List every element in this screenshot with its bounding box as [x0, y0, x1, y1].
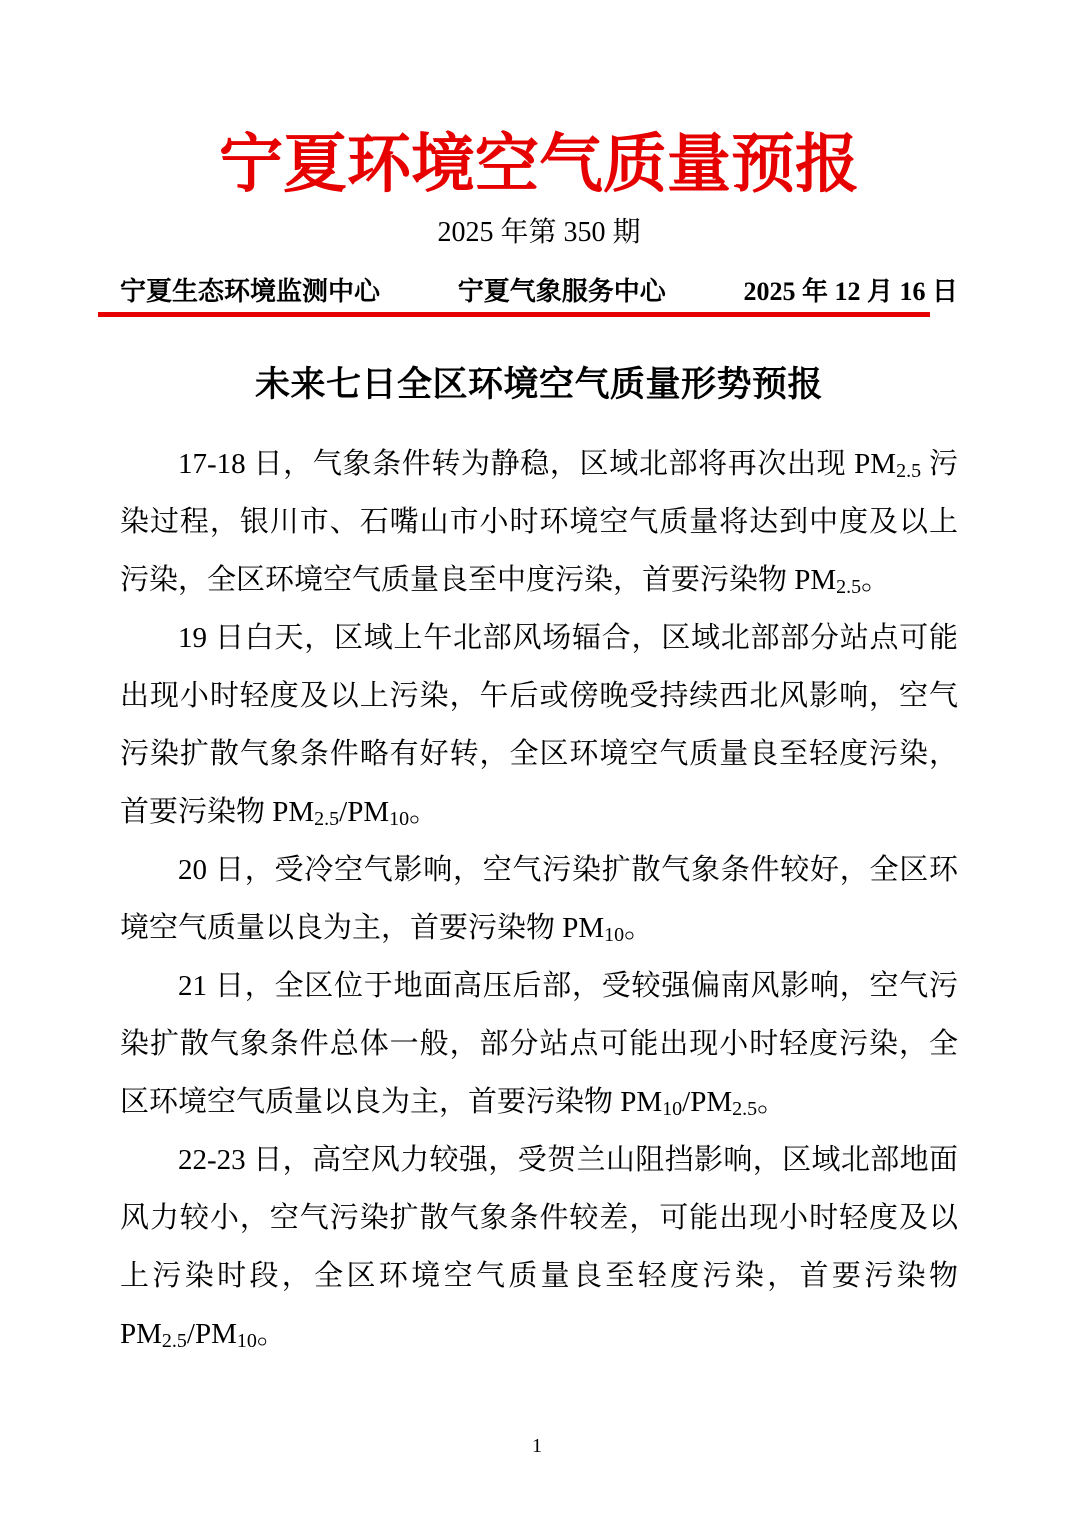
masthead-title: 宁夏环境空气质量预报 — [120, 128, 958, 202]
document-page: 宁夏环境空气质量预报 2025 年第 350 期 宁夏生态环境监测中心 宁夏气象… — [0, 0, 1074, 1520]
red-divider — [98, 312, 930, 317]
issue-number: 2025 年第 350 期 — [120, 218, 958, 248]
issuer-org-left: 宁夏生态环境监测中心 — [120, 278, 380, 306]
report-paragraph: 19 日白天，区域上午北部风场辐合，区域北部部分站点可能出现小时轻度及以上污染，… — [120, 609, 958, 841]
issuer-row: 宁夏生态环境监测中心 宁夏气象服务中心 2025 年 12 月 16 日 — [120, 278, 958, 306]
issue-date: 2025 年 12 月 16 日 — [743, 278, 958, 306]
page-number: 1 — [0, 1434, 1074, 1458]
report-paragraph: 21 日，全区位于地面高压后部，受较强偏南风影响，空气污染扩散气象条件总体一般，… — [120, 957, 958, 1131]
document-content: 宁夏环境空气质量预报 2025 年第 350 期 宁夏生态环境监测中心 宁夏气象… — [0, 0, 1074, 1520]
report-body: 17-18 日，气象条件转为静稳，区域北部将再次出现 PM2.5 污染过程，银川… — [120, 435, 958, 1363]
report-paragraph: 22-23 日，高空风力较强，受贺兰山阻挡影响，区域北部地面风力较小，空气污染扩… — [120, 1131, 958, 1363]
issuer-org-center: 宁夏气象服务中心 — [458, 278, 666, 306]
report-paragraph: 20 日，受冷空气影响，空气污染扩散气象条件较好，全区环境空气质量以良为主，首要… — [120, 841, 958, 957]
report-heading: 未来七日全区环境空气质量形势预报 — [120, 364, 958, 406]
report-paragraph: 17-18 日，气象条件转为静稳，区域北部将再次出现 PM2.5 污染过程，银川… — [120, 435, 958, 609]
